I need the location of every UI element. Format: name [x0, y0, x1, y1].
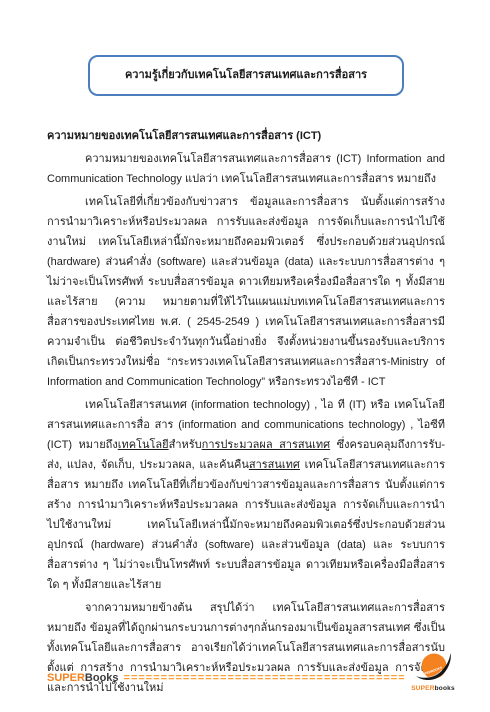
- underlined-text: การประมวลผล สารสนเทศ: [202, 439, 330, 451]
- section-heading: ความหมายของเทคโนโลยีสารสนเทศและการสื่อสา…: [47, 126, 445, 146]
- logo-wordmark: SUPERbooks: [408, 685, 458, 692]
- text-run: สำหรับ: [169, 439, 202, 451]
- paragraph: เทคโนโลยีที่เกี่ยวข้องกับข่าวสาร ข้อมูลแ…: [47, 192, 445, 392]
- text-run: เทคโนโลยีที่เกี่ยวข้องกับข่าวสาร ข้อมูลแ…: [47, 196, 445, 388]
- paragraph: ความหมายของเทคโนโลยีสารสนเทศและการสื่อสา…: [47, 149, 445, 189]
- logo-wordmark-books: books: [435, 685, 455, 692]
- footer-brand-books: Books: [85, 672, 119, 684]
- footer-separator: ========================================…: [124, 672, 404, 684]
- text-run: ความหมายของเทคโนโลยีสารสนเทศและการสื่อสา…: [47, 153, 445, 185]
- document-page: ความรู้เกี่ยวกับเทคโนโลยีสารสนเทศและการส…: [0, 0, 490, 712]
- superbooks-logo-icon: SUPERBOOKS: [408, 651, 458, 685]
- text-run: เทคโนโลยีสารสนเทศและการสื่อสาร หมายถึง เ…: [47, 459, 445, 591]
- footer-brand: SUPERBooks: [47, 672, 119, 684]
- footer-brand-super: SUPER: [47, 672, 85, 684]
- page-content: ความรู้เกี่ยวกับเทคโนโลยีสารสนเทศและการส…: [47, 55, 445, 701]
- underlined-text: เทคโนโลยี: [118, 439, 169, 451]
- logo-wordmark-super: SUPER: [411, 685, 434, 692]
- page-title-box: ความรู้เกี่ยวกับเทคโนโลยีสารสนเทศและการส…: [88, 55, 404, 96]
- footer: SUPERBooks =============================…: [47, 672, 404, 684]
- body-paragraphs: ความหมายของเทคโนโลยีสารสนเทศและการสื่อสา…: [47, 149, 445, 698]
- publisher-logo: SUPERBOOKS SUPERbooks: [408, 651, 458, 692]
- underlined-text: สารสนเทศ: [249, 459, 300, 471]
- paragraph: เทคโนโลยีสารสนเทศ (information technolog…: [47, 395, 445, 595]
